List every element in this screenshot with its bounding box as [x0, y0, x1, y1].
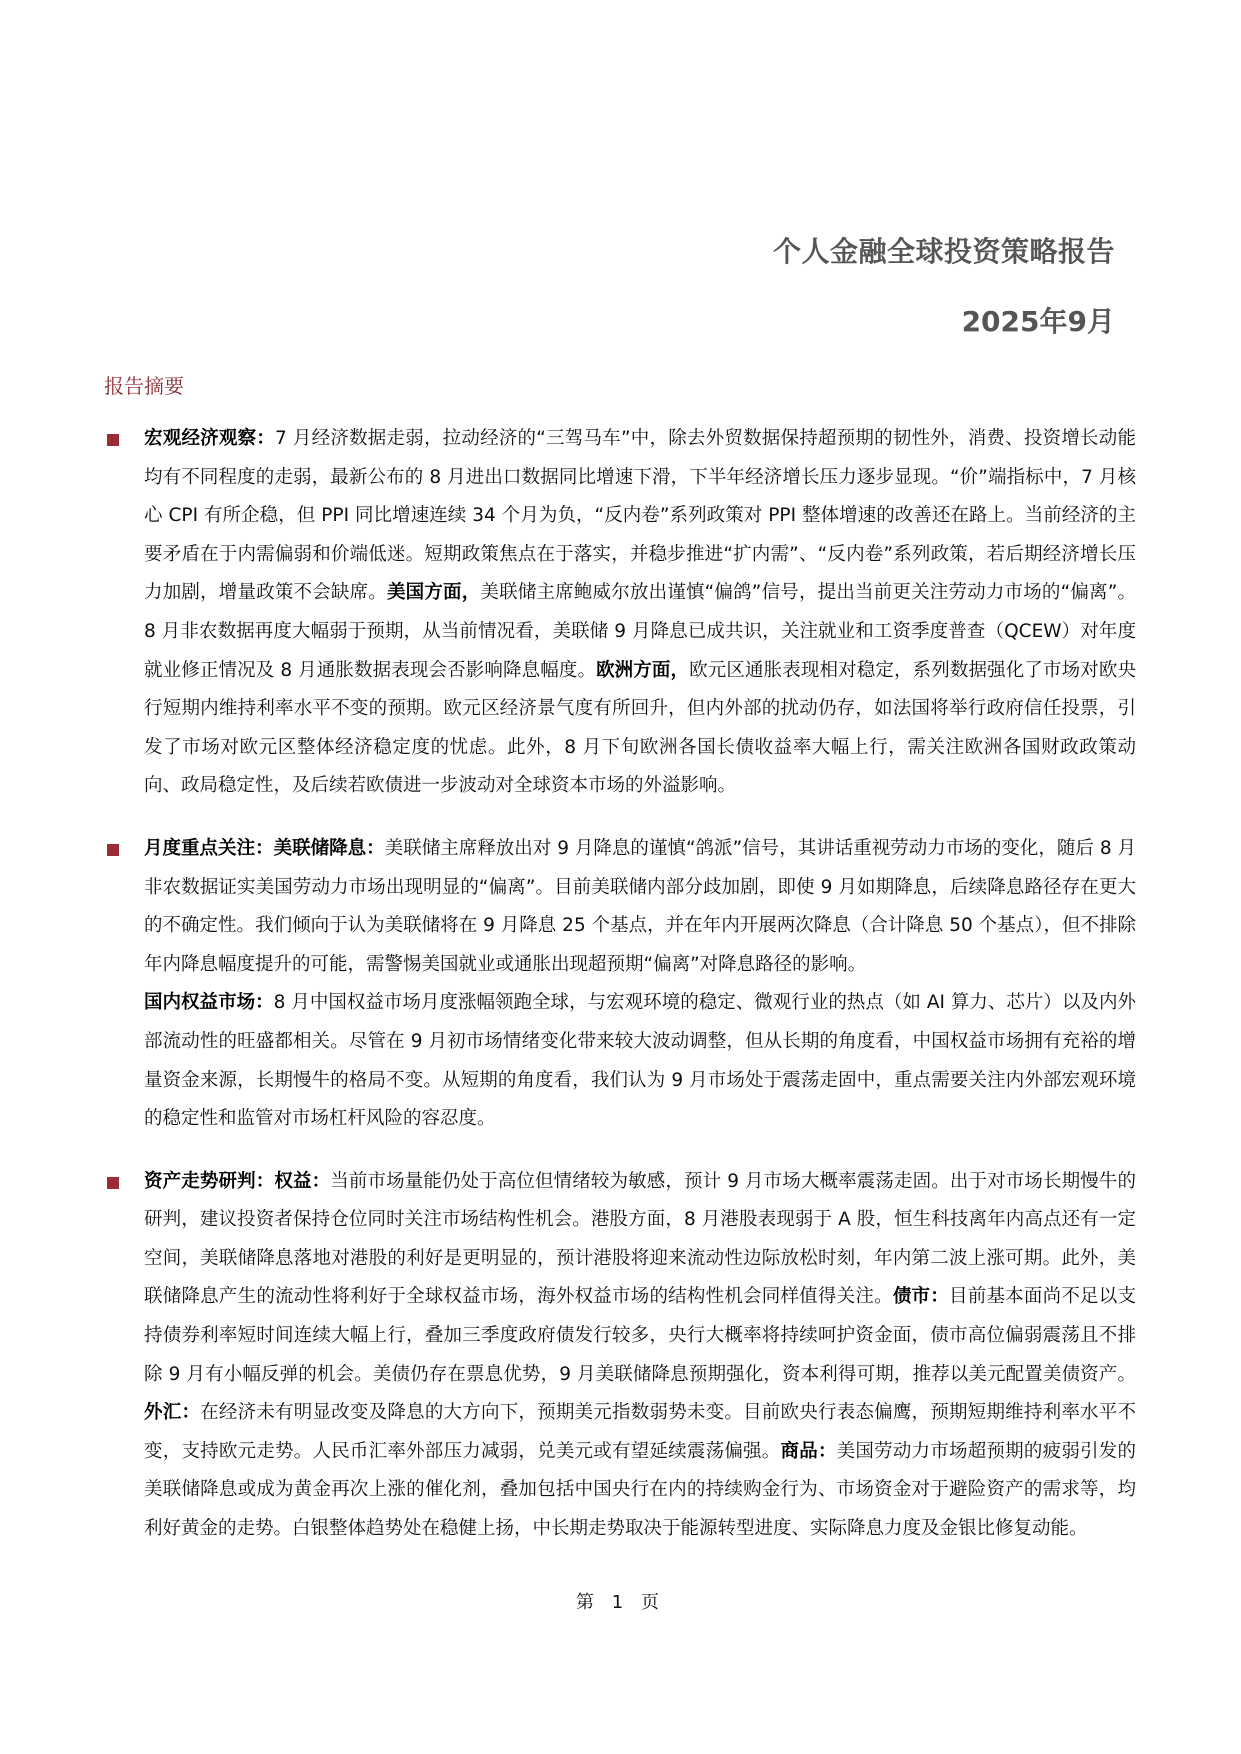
square-bullet-icon [107, 844, 119, 856]
summary-item: 宏观经济观察：7 月经济数据走弱，拉动经济的“三驾马车”中，除去外贸数据保持超预… [104, 420, 1136, 806]
report-date: 2025年9月 [962, 300, 1115, 340]
bold-heading: 外汇： [144, 1402, 200, 1423]
bold-heading: 宏观经济观察： [144, 428, 275, 449]
bold-heading: 月度重点关注：美联储降息： [144, 838, 385, 859]
bold-heading: 商品： [781, 1441, 837, 1462]
bold-heading: 资产走势研判：权益： [144, 1171, 330, 1192]
paragraph: 宏观经济观察：7 月经济数据走弱，拉动经济的“三驾马车”中，除去外贸数据保持超预… [144, 420, 1136, 806]
paragraph: 月度重点关注：美联储降息：美联储主席释放出对 9 月降息的谨慎“鸽派”信号，其讲… [144, 830, 1136, 984]
square-bullet-icon [107, 434, 119, 446]
bold-heading: 国内权益市场： [144, 992, 274, 1013]
page-number: 第 1 页 [0, 1588, 1241, 1614]
body-text: 7 月经济数据走弱，拉动经济的“三驾马车”中，除去外贸数据保持超预期的韧性外，消… [144, 428, 1136, 603]
square-bullet-icon [107, 1177, 119, 1189]
paragraph: 国内权益市场：8 月中国权益市场月度涨幅领跑全球，与宏观环境的稳定、微观行业的热… [144, 984, 1136, 1138]
report-title: 个人金融全球投资策略报告 [773, 230, 1115, 270]
bold-heading: 债市： [893, 1286, 949, 1307]
summary-item: 月度重点关注：美联储降息：美联储主席释放出对 9 月降息的谨慎“鸽派”信号，其讲… [104, 830, 1136, 1139]
paragraph: 资产走势研判：权益：当前市场量能仍处于高位但情绪较为敏感，预计 9 月市场大概率… [144, 1163, 1136, 1549]
body-text: 8 月中国权益市场月度涨幅领跑全球，与宏观环境的稳定、微观行业的热点（如 AI … [144, 992, 1136, 1129]
summary-item: 资产走势研判：权益：当前市场量能仍处于高位但情绪较为敏感，预计 9 月市场大概率… [104, 1163, 1136, 1549]
bold-heading: 欧洲方面， [596, 660, 689, 681]
section-label-summary: 报告摘要 [104, 370, 184, 399]
summary-list: 宏观经济观察：7 月经济数据走弱，拉动经济的“三驾马车”中，除去外贸数据保持超预… [104, 420, 1136, 1573]
bold-heading: 美国方面， [387, 582, 480, 603]
